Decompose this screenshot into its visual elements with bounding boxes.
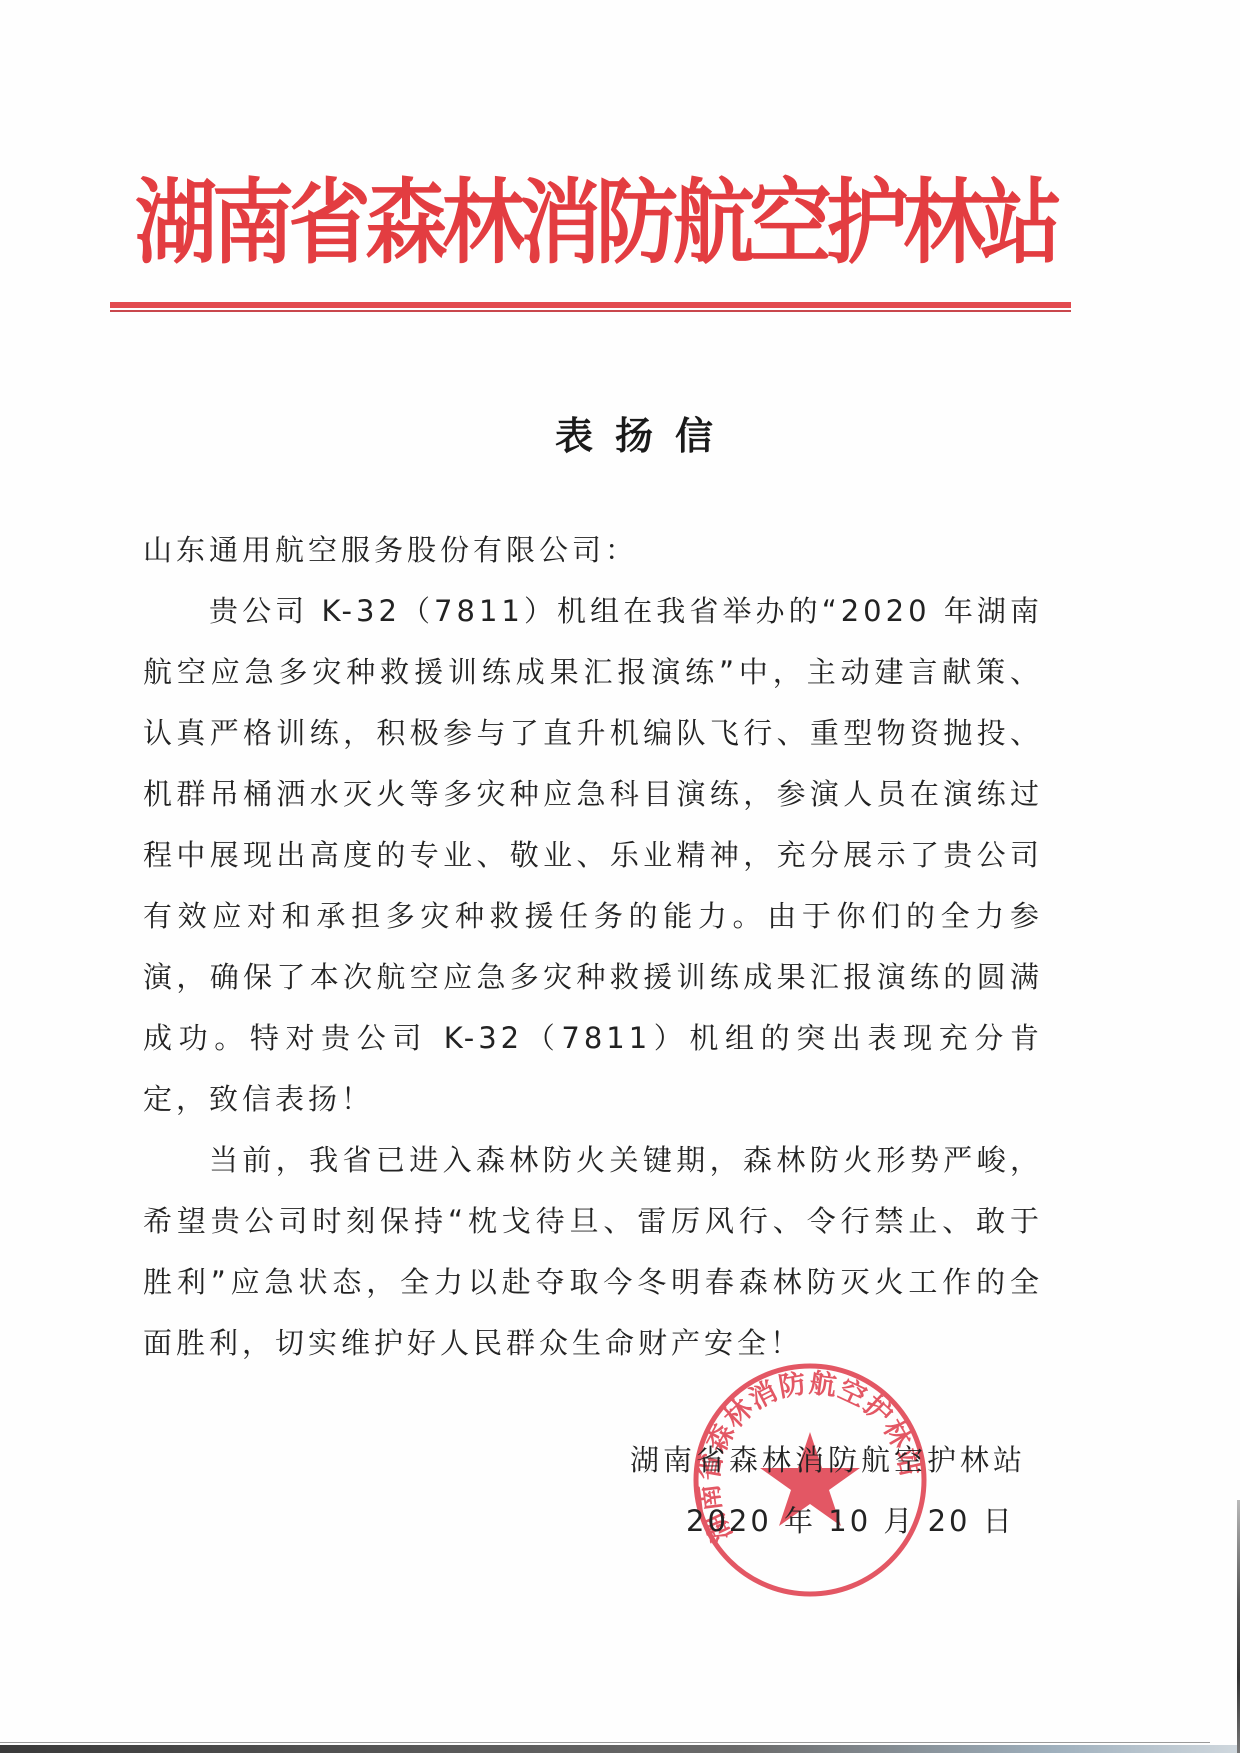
letterhead-char: 消 xyxy=(519,167,594,279)
document-page: 湖 南 省 森 林 消 防 航 空 护 林 站 表扬信 山东通用航空服务股份有限… xyxy=(0,0,1240,1753)
paragraph-2: 当前，我省已进入森林防火关键期，森林防火形势严峻，希望贵公司时刻保持“枕戈待旦、… xyxy=(143,1130,1043,1374)
letterhead-char: 林 xyxy=(903,167,978,279)
signature-date: 2020 年 10 月 20 日 xyxy=(630,1491,1040,1552)
letterhead-rule-thick xyxy=(110,302,1071,308)
signature-block: 湖南省森林消防航空护林站 2020 年 10 月 20 日 xyxy=(630,1430,1040,1552)
letterhead-char: 森 xyxy=(365,167,440,279)
letterhead-char: 站 xyxy=(980,167,1055,279)
letterhead-char: 空 xyxy=(750,167,825,279)
letterhead-rule-thin xyxy=(110,310,1071,312)
salutation: 山东通用航空服务股份有限公司： xyxy=(143,520,1043,581)
letterhead-char: 护 xyxy=(826,167,901,279)
scan-edge-bottom xyxy=(0,1745,1240,1753)
letterhead-char: 林 xyxy=(442,167,517,279)
paragraph-1: 贵公司 K-32（7811）机组在我省举办的“2020 年湖南航空应急多灾种救援… xyxy=(143,581,1043,1130)
letterhead: 湖 南 省 森 林 消 防 航 空 护 林 站 xyxy=(135,168,1055,278)
letterhead-char: 防 xyxy=(596,167,671,279)
letterhead-char: 航 xyxy=(673,167,748,279)
document-title: 表扬信 xyxy=(0,405,1240,460)
letterhead-char: 省 xyxy=(289,167,364,279)
scan-edge-line xyxy=(0,1742,1210,1743)
letterhead-char: 南 xyxy=(212,167,287,279)
signature-org: 湖南省森林消防航空护林站 xyxy=(630,1430,1040,1491)
letterhead-char: 湖 xyxy=(135,167,210,279)
letter-body: 山东通用航空服务股份有限公司： 贵公司 K-32（7811）机组在我省举办的“2… xyxy=(143,520,1043,1374)
